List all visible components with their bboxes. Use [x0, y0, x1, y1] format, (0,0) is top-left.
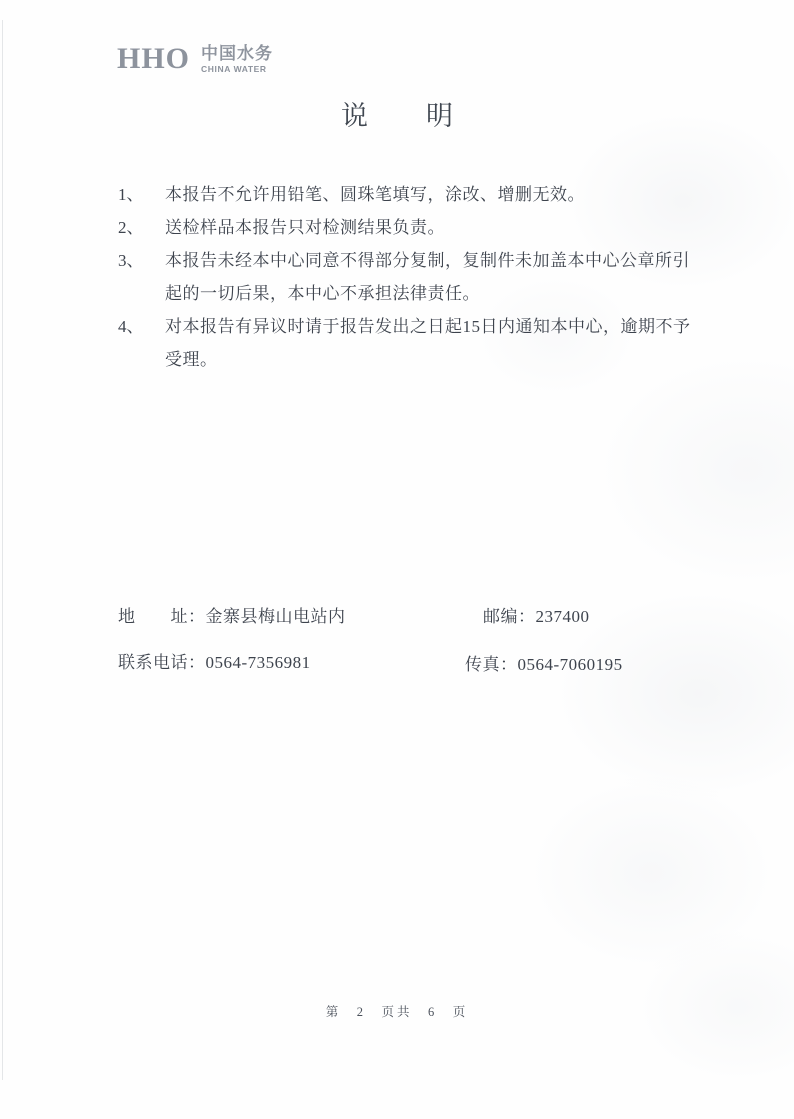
list-item: 4、 对本报告有异议时请于报告发出之日起15日内通知本中心，逾期不予受理。: [118, 310, 696, 376]
company-logo: HHO 中国水务 CHINA WATER: [117, 44, 273, 74]
list-item: 3、 本报告未经本中心同意不得部分复制，复制件未加盖本中心公章所引起的一切后果，…: [118, 244, 696, 310]
phone-line: 联系电话：0564-7356981: [118, 648, 311, 673]
note-text: 本报告未经本中心同意不得部分复制，复制件未加盖本中心公章所引起的一切后果，本中心…: [165, 244, 696, 310]
notes-list: 1、 本报告不允许用铅笔、圆珠笔填写，涂改、增删无效。 2、 送检样品本报告只对…: [118, 178, 696, 376]
list-item: 1、 本报告不允许用铅笔、圆珠笔填写，涂改、增删无效。: [118, 178, 696, 211]
logo-wordmark: 中国水务 CHINA WATER: [201, 45, 273, 74]
fax-line: 传真：0564-7060195: [465, 650, 623, 675]
note-number: 3、: [118, 244, 165, 310]
list-item: 2、 送检样品本报告只对检测结果负责。: [118, 211, 696, 244]
note-text: 送检样品本报告只对检测结果负责。: [165, 211, 696, 244]
note-text: 本报告不允许用铅笔、圆珠笔填写，涂改、增删无效。: [165, 178, 696, 211]
note-number: 2、: [118, 211, 165, 244]
logo-hho-text: HHO: [117, 44, 190, 74]
address-line: 地 址：金寨县梅山电站内: [118, 602, 346, 627]
scan-edge-line: [2, 20, 3, 1080]
note-text: 对本报告有异议时请于报告发出之日起15日内通知本中心，逾期不予受理。: [165, 310, 696, 376]
page-title: 说明: [0, 94, 794, 133]
postcode-line: 邮编：237400: [483, 602, 590, 627]
note-number: 1、: [118, 178, 165, 211]
page-number: 第 2 页共 6 页: [0, 1002, 794, 1020]
logo-english-name: CHINA WATER: [201, 65, 273, 74]
scanned-document-page: HHO 中国水务 CHINA WATER 说明 1、 本报告不允许用铅笔、圆珠笔…: [0, 0, 794, 1119]
note-number: 4、: [118, 310, 165, 376]
logo-chinese-name: 中国水务: [201, 45, 273, 62]
